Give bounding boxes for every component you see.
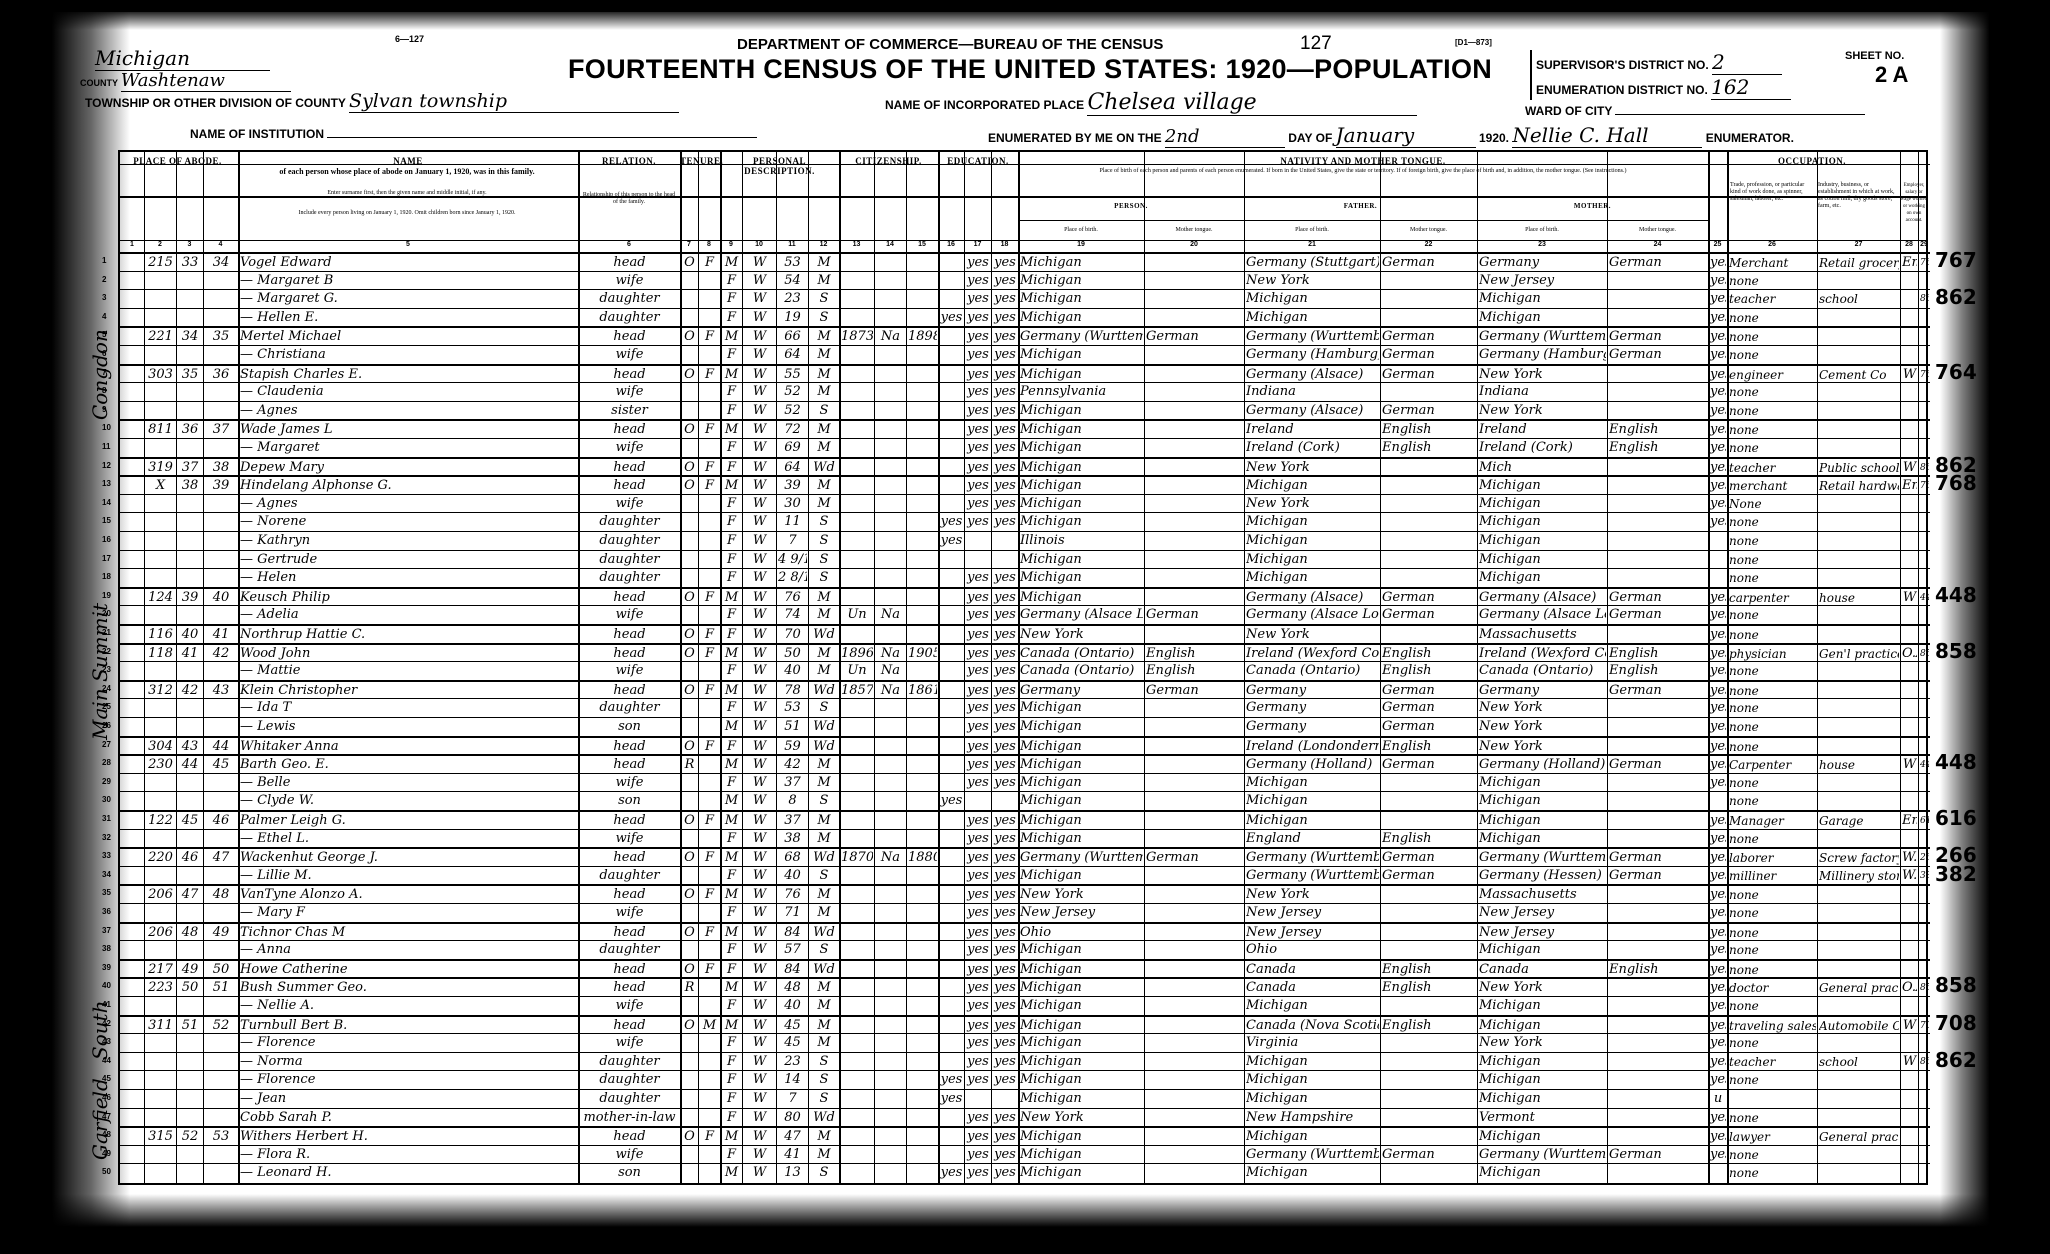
mother-birthplace-cell: Michigan [1479,290,1606,309]
home-owned-cell [682,309,697,328]
naturalized-cell [876,1146,905,1165]
race-cell: W [744,1053,775,1072]
father-tongue-cell [1382,569,1476,588]
immigration-year-cell [841,830,873,849]
school-attendance-cell: yes [940,309,963,328]
mother-birthplace-cell: New Jersey [1479,904,1606,923]
birthplace-cell: Michigan [1020,309,1143,328]
industry-cell [1819,272,1899,291]
can-write-cell: yes [993,1034,1017,1053]
column-number: 23 [1477,241,1607,248]
age-cell: 7 [778,1090,807,1109]
street-number-cell [146,1146,175,1165]
birthplace-cell: Pennsylvania [1020,383,1143,402]
township-label: TOWNSHIP OR OTHER DIVISION OF COUNTY [85,96,346,110]
speaks-english-cell: yes [1710,867,1726,886]
naturalized-cell [876,1090,905,1109]
naturalization-year-cell [908,1164,937,1183]
father-birthplace-cell: Michigan [1246,997,1379,1016]
ward-value [1615,114,1865,115]
immigration-year-cell [841,904,873,923]
column-number: 7 [680,241,698,248]
mother-birthplace-cell: Michigan [1479,532,1606,551]
supervisor-label: SUPERVISOR'S DISTRICT NO. [1536,58,1709,72]
table-row: 3193738Depew MaryheadOFFW64WdyesyesMichi… [120,457,1930,476]
race-cell: W [744,513,775,532]
marital-status-cell: S [810,699,838,718]
birthplace-cell: Michigan [1020,1146,1143,1165]
father-tongue-subhead: Mother tongue. [1380,227,1477,234]
immigration-year-cell [841,792,873,811]
speaks-english-cell [1710,551,1726,570]
occupation-code-annotation: 448 [1935,750,1977,774]
race-cell: W [744,439,775,458]
mortgage-cell [700,439,719,458]
birthplace-cell: Michigan [1020,551,1143,570]
line-number: 1 [102,256,106,265]
naturalization-year-cell [908,1090,937,1109]
family-number-cell [205,699,237,718]
naturalized-cell [876,774,905,793]
birthplace-cell: Michigan [1020,272,1143,291]
father-tongue-cell [1382,941,1476,960]
mother-mother-tongue-cell [1609,402,1707,421]
speaks-english-cell: yes [1710,1146,1726,1165]
column-number: 25 [1708,241,1727,248]
family-number-cell [205,792,237,811]
relation-description: Relationship of this person to the head … [582,192,676,206]
name-cell: — Mattie [240,662,577,681]
department-heading: DEPARTMENT OF COMMERCE—BUREAU OF THE CEN… [737,36,1163,53]
school-attendance-cell: yes [940,1090,963,1109]
naturalized-cell [876,941,905,960]
family-number-cell [205,774,237,793]
sex-cell: F [722,662,741,681]
home-owned-cell [682,439,697,458]
mortgage-cell [700,1034,719,1053]
mother-birthplace-cell: Michigan [1479,774,1606,793]
age-cell: 53 [778,699,807,718]
speaks-english-cell: yes [1710,774,1726,793]
census-title: FOURTEENTH CENSUS OF THE UNITED STATES: … [568,54,1492,85]
can-read-cell: yes [966,830,990,849]
industry-cell [1819,551,1899,570]
father-tongue-cell [1382,383,1476,402]
industry-cell [1819,1109,1899,1128]
father-birthplace-cell: Germany (Alsace) [1246,402,1379,421]
mother-mother-tongue-cell [1609,774,1707,793]
worker-class-cell [1902,1164,1917,1183]
can-read-cell: yes [966,272,990,291]
dwelling-number-cell [178,1090,202,1109]
father-tongue-cell: German [1382,867,1476,886]
father-tongue-cell: German [1382,402,1476,421]
sex-cell: F [722,1090,741,1109]
occupation-code-annotation: 858 [1935,639,1977,663]
school-attendance-cell [940,997,963,1016]
race-cell: W [744,495,775,514]
father-birthplace-cell: Germany (Wurttemberg) [1246,1146,1379,1165]
industry-cell [1819,309,1899,328]
occupation-code-annotation: 382 [1935,862,1977,886]
age-cell: 52 [778,402,807,421]
trade-cell: none [1729,513,1816,532]
industry-cell [1819,346,1899,365]
marital-status-cell: S [810,1090,838,1109]
column-number: 15 [906,241,938,248]
table-row: 2235051Bush Summer Geo.headRMW48MyesyesM… [120,977,1930,996]
institution-field: NAME OF INSTITUTION [190,127,757,141]
mother-heading: MOTHER. [1477,202,1708,210]
worker-class-cell [1902,1071,1917,1090]
street-number-cell [146,606,175,625]
sex-cell: F [722,830,741,849]
person-heading: PERSON. [1018,202,1244,210]
marital-status-cell: S [810,402,838,421]
race-cell: W [744,1034,775,1053]
table-row: 1184142Wood JohnheadOFMW50M1896Na1905yes… [120,643,1930,662]
dwelling-number-cell [178,941,202,960]
name-cell: — Kathryn [240,532,577,551]
line-number: 15 [102,516,111,525]
code-cell: 862 [1920,290,1929,309]
can-write-cell: yes [993,569,1017,588]
immigration-year-cell [841,439,873,458]
relation-cell: daughter [580,290,679,309]
line-number: 50 [102,1167,111,1176]
family-number-cell [205,830,237,849]
street-number-cell [146,551,175,570]
table-row: 1243940Keusch PhilipheadOFMW76MyesyesMic… [120,587,1930,606]
naturalization-year-cell [908,346,937,365]
relation-cell: wife [580,383,679,402]
marital-status-cell: Wd [810,1109,838,1128]
relation-cell: mother-in-law [580,1109,679,1128]
sex-cell: F [722,569,741,588]
immigration-year-cell [841,1071,873,1090]
personal-description-heading: PERSONAL DESCRIPTION. [720,156,839,176]
table-row: 1164041Northrup Hattie C.headOFFW70Wdyes… [120,624,1930,643]
mother-tongue-cell [1146,1164,1243,1183]
trade-cell: none [1729,774,1816,793]
enumerated-label: ENUMERATED BY ME ON THE [988,131,1162,145]
code-cell [1920,1090,1929,1109]
dwelling-number-cell [178,1053,202,1072]
trade-cell: none [1729,272,1816,291]
sex-cell: F [722,513,741,532]
home-owned-cell [682,867,697,886]
incorporated-place-field: NAME OF INCORPORATED PLACE Chelsea villa… [885,90,1417,116]
dwelling-number-cell [178,774,202,793]
mother-tongue-cell [1146,383,1243,402]
father-tongue-cell [1382,495,1476,514]
mother-mother-tongue-cell [1609,513,1707,532]
naturalized-cell [876,513,905,532]
worker-class-cell [1902,346,1917,365]
relation-cell: daughter [580,513,679,532]
street-number-cell [146,997,175,1016]
age-cell: 80 [778,1109,807,1128]
sex-cell: F [722,402,741,421]
naturalization-year-cell [908,1034,937,1053]
mother-mother-tongue-cell [1609,718,1707,737]
relation-cell: wife [580,1034,679,1053]
home-owned-cell [682,532,697,551]
mother-birthplace-cell: Michigan [1479,792,1606,811]
mother-tongue-cell [1146,867,1243,886]
naturalization-year-cell [908,569,937,588]
line-number: 2 [102,275,106,284]
can-write-cell [993,532,1017,551]
home-owned-cell [682,551,697,570]
industry-cell [1819,997,1899,1016]
birthplace-cell: Michigan [1020,792,1143,811]
name-cell: — Agnes [240,495,577,514]
line-number: 39 [102,963,111,972]
mortgage-cell [700,1146,719,1165]
age-cell: 7 [778,532,807,551]
age-cell: 4 9/12 [778,551,807,570]
industry-cell [1819,718,1899,737]
home-owned-cell [682,774,697,793]
birthplace-cell: Illinois [1020,532,1143,551]
mother-birthplace-cell: Indiana [1479,383,1606,402]
can-write-cell: yes [993,606,1017,625]
worker-class-cell [1902,439,1917,458]
mother-mother-tongue-cell [1609,997,1707,1016]
name-cell: — Adelia [240,606,577,625]
dwelling-number-cell [178,662,202,681]
dwelling-number-cell [178,699,202,718]
family-number-cell [205,551,237,570]
trade-cell: none [1729,383,1816,402]
relation-cell: wife [580,272,679,291]
immigration-year-cell [841,718,873,737]
table-row: — Mary FwifeFW71MyesyesNew JerseyNew Jer… [120,903,1930,922]
mother-tongue-cell [1146,699,1243,718]
line-number: 32 [102,833,111,842]
table-row: — Nellie A.wifeFW40MyesyesMichiganMichig… [120,996,1930,1015]
street-number-cell [146,699,175,718]
relation-cell: daughter [580,532,679,551]
birthplace-cell: Michigan [1020,346,1143,365]
school-attendance-cell: yes [940,792,963,811]
can-write-cell: yes [993,867,1017,886]
line-number: 40 [102,981,111,990]
industry-cell: Millinery store [1819,867,1899,886]
home-owned-cell [682,606,697,625]
worker-class-cell [1902,699,1917,718]
class-description: Employer, salary or wage worker, or work… [1900,182,1928,224]
mother-birthplace-cell: Michigan [1479,830,1606,849]
father-birthplace-cell: Michigan [1246,1164,1379,1183]
worker-class-cell [1902,941,1917,960]
father-birth-subhead: Place of birth. [1244,227,1380,234]
code-cell [1920,309,1929,328]
naturalization-year-cell [908,532,937,551]
father-tongue-cell: German [1382,699,1476,718]
can-write-cell: yes [993,513,1017,532]
naturalization-year-cell [908,662,937,681]
enumerator-label: ENUMERATOR. [1706,131,1794,145]
column-number: 26 [1727,241,1817,248]
form-code: 6—127 [395,34,424,44]
sex-cell: F [722,1034,741,1053]
occupation-code-annotation: 764 [1935,360,1977,384]
code-cell [1920,439,1929,458]
column-number: 9 [720,241,742,248]
naturalization-year-cell [908,402,937,421]
race-cell: W [744,402,775,421]
father-tongue-cell [1382,1109,1476,1128]
worker-class-cell [1902,569,1917,588]
column-number: 10 [742,241,776,248]
occupation-code-annotation: 616 [1935,806,1977,830]
table-row: 3033536Stapish Charles E.headOFMW55Myesy… [120,364,1930,383]
institution-value [327,137,757,138]
name-cell: — Margaret [240,439,577,458]
family-number-cell [205,402,237,421]
mother-mother-tongue-cell [1609,532,1707,551]
can-write-cell: yes [993,383,1017,402]
can-write-cell: yes [993,997,1017,1016]
can-write-cell: yes [993,309,1017,328]
occupation-code-annotation: 448 [1935,583,1977,607]
column-number: 19 [1018,241,1144,248]
column-number: 28 [1900,241,1918,248]
marital-status-cell: S [810,867,838,886]
dwelling-number-cell [178,569,202,588]
father-birthplace-cell: Germany (Hamburg) [1246,346,1379,365]
mother-mother-tongue-cell [1609,830,1707,849]
immigration-year-cell [841,569,873,588]
enumeration-value: 162 [1711,75,1791,100]
can-read-cell [966,532,990,551]
father-birthplace-cell: Canada (Ontario) [1246,662,1379,681]
column-number: 20 [1144,241,1244,248]
immigration-year-cell [841,532,873,551]
mother-tongue-cell [1146,1034,1243,1053]
line-number: 19 [102,591,111,600]
naturalization-year-cell [908,272,937,291]
street-number-cell [146,569,175,588]
table-row: — AnnadaughterFW57SyesyesMichiganOhioMic… [120,940,1930,959]
race-cell: W [744,309,775,328]
code-cell [1920,346,1929,365]
mortgage-cell [700,1053,719,1072]
age-cell: 8 [778,792,807,811]
immigration-year-cell [841,383,873,402]
immigration-year-cell [841,346,873,365]
street-name-annotation: South [88,1000,112,1060]
naturalization-year-cell [908,439,937,458]
mother-birthplace-cell: Michigan [1479,569,1606,588]
naturalized-cell [876,439,905,458]
industry-cell [1819,1090,1899,1109]
table-row: — BellewifeFW37MyesyesMichiganMichiganMi… [120,773,1930,792]
home-owned-cell [682,346,697,365]
mother-tongue-cell [1146,997,1243,1016]
mother-birthplace-cell: Michigan [1479,941,1606,960]
sex-cell: F [722,309,741,328]
street-number-cell [146,662,175,681]
street-name-annotation: Garfield [88,1078,112,1160]
worker-class-cell: W [1902,1053,1917,1072]
father-birthplace-cell: New York [1246,272,1379,291]
mother-mother-tongue-cell [1609,569,1707,588]
age-cell: 23 [778,1053,807,1072]
can-read-cell: yes [966,309,990,328]
father-heading: FATHER. [1244,202,1477,210]
can-write-cell: yes [993,495,1017,514]
age-cell: 40 [778,867,807,886]
table-row: — Hellen E.daughterFW19SyesyesyesMichiga… [120,308,1930,327]
township-value: Sylvan township [349,90,679,113]
street-number-cell [146,774,175,793]
mortgage-cell [700,1071,719,1090]
dwelling-number-cell [178,309,202,328]
race-cell: W [744,1146,775,1165]
father-tongue-cell [1382,1071,1476,1090]
worker-class-cell [1902,290,1917,309]
naturalization-year-cell [908,867,937,886]
table-row: — FlorencedaughterFW14SyesyesyesMichigan… [120,1070,1930,1089]
street-number-cell [146,1164,175,1183]
name-cell: — Margaret G. [240,290,577,309]
mother-tongue-cell [1146,495,1243,514]
school-attendance-cell [940,1053,963,1072]
nativity-description: Place of birth of each person and parent… [1025,168,1701,175]
father-birthplace-cell: Michigan [1246,1071,1379,1090]
marital-status-cell: S [810,513,838,532]
mother-mother-tongue-cell [1609,309,1707,328]
dwelling-number-cell [178,997,202,1016]
mother-tongue-cell [1146,551,1243,570]
table-row: 3115152Turnbull Bert B.headOMMW45Myesyes… [120,1015,1930,1034]
naturalized-cell [876,495,905,514]
trade-cell: none [1729,904,1816,923]
occupation-code-annotation: 767 [1935,248,1977,272]
industry-cell [1819,1146,1899,1165]
worker-class-cell [1902,606,1917,625]
name-cell: — Nellie A. [240,997,577,1016]
mortgage-cell [700,346,719,365]
school-attendance-cell: yes [940,513,963,532]
ward-label: WARD OF CITY [1525,104,1612,118]
street-number-cell [146,383,175,402]
age-cell: 54 [778,272,807,291]
mother-mother-tongue-cell [1609,495,1707,514]
mother-mother-tongue-cell [1609,1034,1707,1053]
worker-class-cell [1902,774,1917,793]
table-row: Cobb Sarah P.mother-in-lawFW80WdyesyesNe… [120,1108,1930,1127]
column-number: 11 [776,241,808,248]
relation-cell: daughter [580,941,679,960]
month-value: January [1336,123,1476,148]
street-number-cell [146,346,175,365]
column-number: 22 [1380,241,1477,248]
day-of-label: DAY OF [1288,131,1332,145]
can-write-cell: yes [993,662,1017,681]
trade-cell: none [1729,1146,1816,1165]
person-birth-subhead: Place of birth. [1018,227,1144,234]
line-number: 35 [102,888,111,897]
naturalized-cell: Na [876,606,905,625]
marital-status-cell: S [810,1053,838,1072]
industry-cell: school [1819,1053,1899,1072]
mother-birthplace-cell: Canada (Ontario) [1479,662,1606,681]
family-number-cell [205,1053,237,1072]
